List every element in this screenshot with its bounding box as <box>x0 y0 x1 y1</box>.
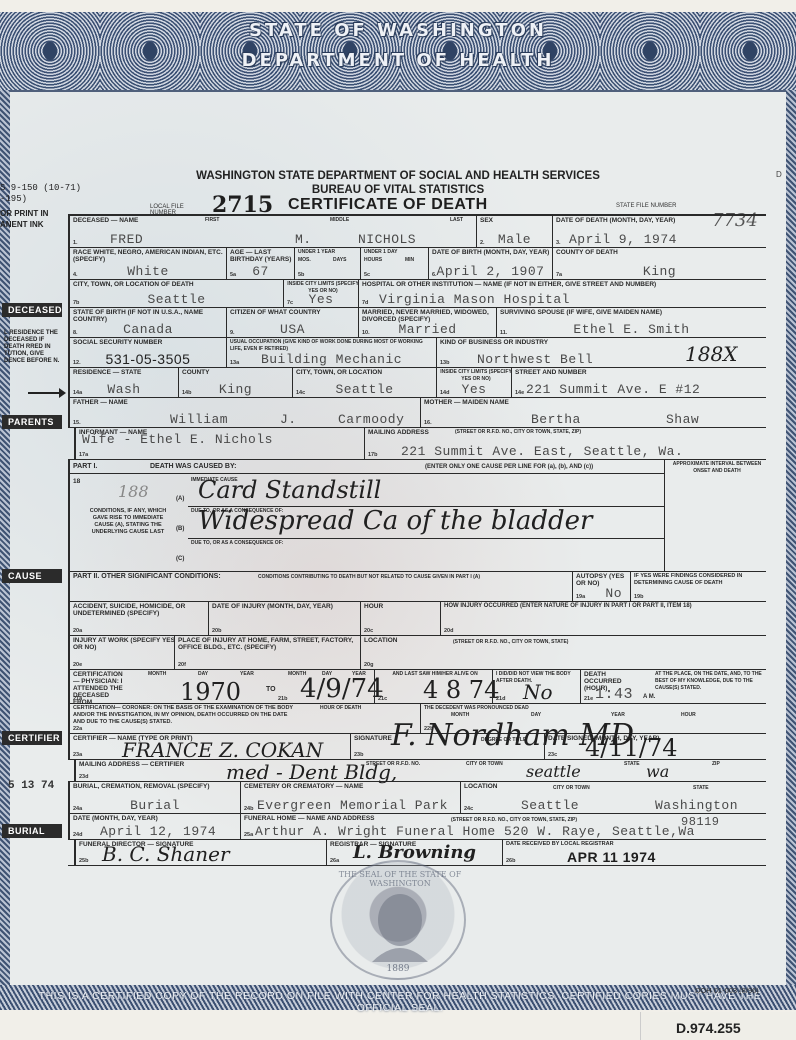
label: DATE (MONTH, DAY, YEAR) <box>73 815 158 822</box>
form-number-line1: S 9-150 (10-71) <box>0 183 81 194</box>
label: A M. <box>643 694 655 701</box>
registrar-signature-value: L. Browning <box>353 842 476 863</box>
field-residence-inside-city[interactable]: INSIDE CITY LIMITS (SPECIFY YES OR NO) 1… <box>436 368 511 397</box>
residence-inside-value: Yes <box>437 382 511 397</box>
label: FATHER — NAME <box>73 399 128 406</box>
document-id: D.974.255 <box>676 1020 741 1036</box>
field-street[interactable]: STREET AND NUMBER 14e 221 Summit Ave. E … <box>511 368 766 397</box>
label: CITY OR TOWN <box>466 761 503 768</box>
row-cause-part2: PART II. OTHER SIGNIFICANT CONDITIONS: C… <box>68 572 766 602</box>
state-seal: THE SEAL OF THE STATE OF WASHINGTON 1889 <box>330 860 466 980</box>
label: FIRST <box>205 217 219 224</box>
label: KIND OF BUSINESS OR INDUSTRY <box>440 339 548 346</box>
field-date-signed[interactable]: DATE SIGNED (MONTH, DAY, YEAR) 23c 4/11/… <box>544 734 766 759</box>
label: STATE <box>693 785 709 792</box>
item-number: 5c <box>364 272 370 278</box>
field-city-of-death[interactable]: CITY, TOWN, OR LOCATION OF DEATH 7b Seat… <box>68 280 283 307</box>
sex-value: Male <box>477 232 552 247</box>
seal-year: 1889 <box>332 964 464 974</box>
county-of-death-value: King <box>553 264 766 279</box>
occupation-value: Building Mechanic <box>227 352 436 367</box>
field-hospital[interactable]: HOSPITAL OR OTHER INSTITUTION — NAME (IF… <box>358 280 766 307</box>
row-residence: RESIDENCE — STATE 14a Wash COUNTY 14b Ki… <box>68 368 766 398</box>
certifier-state-value: wa <box>646 762 669 781</box>
field-state-of-birth[interactable]: STATE OF BIRTH (IF NOT IN U.S.A., NAME C… <box>68 308 226 337</box>
dob-value: April 2, 1907 <box>429 264 552 279</box>
line-c-marker: (c) <box>176 556 184 563</box>
field-county-of-death[interactable]: COUNTY OF DEATH 7a King <box>552 248 766 279</box>
field-residence-city[interactable]: CITY, TOWN, OR LOCATION 14c Seattle <box>292 368 436 397</box>
field-place-of-injury[interactable]: PLACE OF INJURY AT HOME, FARM, STREET, F… <box>174 636 360 669</box>
item-number: 18 <box>73 478 80 485</box>
field-marital-status[interactable]: MARRIED, NEVER MARRIED, WIDOWED, DIVORCE… <box>358 308 496 337</box>
label: SURVIVING SPOUSE (IF WIFE, GIVE MAIDEN N… <box>500 309 662 316</box>
label: MIN <box>405 257 414 264</box>
inside-city-value: Yes <box>284 292 358 307</box>
section-tab-cause: CAUSE <box>2 569 62 583</box>
label: INJURY AT WORK (SPECIFY YES OR NO) <box>73 637 175 651</box>
item-number: 20g <box>364 662 373 668</box>
item-number: 23c <box>548 752 557 758</box>
label: HOW INJURY OCCURRED (ENTER NATURE OF INJ… <box>444 603 692 610</box>
field-father[interactable]: FATHER — NAME 15. William J. Carmoody <box>68 398 420 427</box>
item-number: 26b <box>506 858 515 864</box>
item-number: 23d <box>79 774 88 780</box>
item-number: 17a <box>79 452 88 458</box>
cemetery-value: Evergreen Memorial Park <box>241 798 460 813</box>
item-number: 20f <box>178 662 186 668</box>
field-date-received[interactable]: DATE RECEIVED BY LOCAL REGISTRAR 26b APR… <box>502 840 766 865</box>
row-injury-place: INJURY AT WORK (SPECIFY YES OR NO) 20e P… <box>68 636 766 670</box>
label: AGE — LAST BIRTHDAY (YEARS) <box>230 249 294 263</box>
item-number: 25b <box>79 858 88 864</box>
field-burial-date[interactable]: DATE (MONTH, DAY, YEAR) 24d April 12, 19… <box>68 814 240 839</box>
row-cause-part1: PART I. DEATH WAS CAUSED BY: (ENTER ONLY… <box>68 460 766 572</box>
item-number: 23b <box>354 752 363 758</box>
row-race-age: RACE WHITE, NEGRO, AMERICAN INDIAN, ETC.… <box>68 248 766 280</box>
label: SOCIAL SECURITY NUMBER <box>73 339 162 346</box>
label: MARRIED, NEVER MARRIED, WIDOWED, DIVORCE… <box>362 309 494 323</box>
label: MAILING ADDRESS — CERTIFIER <box>79 761 184 768</box>
field-injury-hour[interactable]: HOUR 20c <box>360 602 440 635</box>
row-certifier-mailing: MAILING ADDRESS — CERTIFIER STREET OR R.… <box>68 760 766 782</box>
label: DATE RECEIVED BY LOCAL REGISTRAR <box>506 841 614 848</box>
state-file-label: STATE FILE NUMBER <box>616 203 676 209</box>
death-hour-value: 1:43 <box>595 686 766 703</box>
viewed-body-value: No <box>523 680 553 704</box>
label: MOTHER — MAIDEN NAME <box>424 399 509 406</box>
label: SEX <box>480 217 493 224</box>
field-certifier-signature[interactable]: SIGNATURE DEGREE OR TITLE 23b F. Nordham… <box>350 734 544 759</box>
date-signed-value: 4/11/74 <box>585 734 678 762</box>
row-name: DECEASED — NAME FIRST MIDDLE LAST 1. FRE… <box>68 216 766 248</box>
label: STATE OF BIRTH (IF NOT IN U.S.A., NAME C… <box>73 309 225 323</box>
certifier-city-value: seattle <box>526 762 581 781</box>
item-number: 19b <box>634 594 643 600</box>
cause-b-value: Widespread Ca of the bladder <box>198 506 592 536</box>
section-tab-certifier: CERTIFIER <box>2 731 62 745</box>
label: LAST <box>450 217 463 224</box>
arrow-icon <box>28 392 60 394</box>
field-autopsy[interactable]: AUTOPSY (YES OR NO) 19a No <box>572 572 630 601</box>
item-number: 21d <box>496 696 505 702</box>
field-sex[interactable]: SEX 2. Male <box>476 216 552 247</box>
death-certificate-form: DECEASED — NAME FIRST MIDDLE LAST 1. FRE… <box>68 214 766 866</box>
label: UNDER 1 YEAR <box>298 249 335 256</box>
field-cause-of-death[interactable]: PART I. DEATH WAS CAUSED BY: (ENTER ONLY… <box>68 460 664 571</box>
label: PLACE OF INJURY AT HOME, FARM, STREET, F… <box>178 637 360 651</box>
agency-name: WASHINGTON STATE DEPARTMENT OF SOCIAL AN… <box>0 170 796 182</box>
industry-code-handwritten: 188X <box>685 342 737 366</box>
residence-county-value: King <box>179 382 292 397</box>
field-injury-location[interactable]: LOCATION (STREET OR R.F.D. NO., CITY OR … <box>360 636 766 669</box>
row-injury: ACCIDENT, SUICIDE, HOMICIDE, OR UNDETERM… <box>68 602 766 636</box>
section-tab-burial: BURIAL <box>2 824 62 838</box>
city-of-death-value: Seattle <box>70 292 283 307</box>
item-number: 24c <box>464 806 473 812</box>
item-number: 15. <box>73 420 81 426</box>
item-number: 20c <box>364 628 373 634</box>
label: USUAL OCCUPATION (GIVE KIND OF WORK DONE… <box>230 339 435 353</box>
field-disposition[interactable]: BURIAL, CREMATION, REMOVAL (SPECIFY) 24a… <box>68 782 240 813</box>
label: DAY <box>198 671 208 678</box>
label: STATE <box>624 761 640 768</box>
informant-value: Wife - Ethel E. Nichols <box>76 432 364 447</box>
label: (ENTER ONLY ONE CAUSE PER LINE FOR (a), … <box>425 464 593 471</box>
label: HOUR OF DEATH <box>320 705 361 712</box>
label: HOURS <box>364 257 382 264</box>
certifier-name-value: FRANCE Z. COKAN <box>122 738 323 762</box>
label: TO <box>266 686 276 693</box>
field-occupation[interactable]: USUAL OCCUPATION (GIVE KIND OF WORK DONE… <box>226 338 436 367</box>
label: DECEASED — NAME <box>73 217 138 224</box>
field-industry[interactable]: KIND OF BUSINESS OR INDUSTRY 13b Northwe… <box>436 338 766 367</box>
label: APPROXIMATE INTERVAL BETWEEN ONSET AND D… <box>668 461 766 475</box>
item-number: 21a <box>73 696 82 702</box>
label: FUNERAL HOME — NAME AND ADDRESS <box>244 815 375 822</box>
section-tab-parents: PARENTS <box>2 415 62 429</box>
field-informant-address[interactable]: MAILING ADDRESS (STREET OR R.F.D. NO., C… <box>364 428 766 459</box>
label: UNDER 1 DAY <box>364 249 397 256</box>
field-how-injury[interactable]: HOW INJURY OCCURRED (ENTER NATURE OF INJ… <box>440 602 766 635</box>
last-saw-value: 4 8 74 <box>423 676 499 704</box>
field-last-saw-alive[interactable]: AND LAST SAW HIM/HER ALIVE ON 21c 4 8 74 <box>374 670 492 703</box>
citizen-value: USA <box>227 322 358 337</box>
row-ssn-occupation: SOCIAL SECURITY NUMBER 12. 531-05-3505 U… <box>68 338 766 368</box>
doh-form-code: DOH 01-003 (8/96) <box>695 986 759 995</box>
field-onset-interval[interactable]: APPROXIMATE INTERVAL BETWEEN ONSET AND D… <box>664 460 766 571</box>
item-number: 20d <box>444 628 453 634</box>
field-other-conditions[interactable]: PART II. OTHER SIGNIFICANT CONDITIONS: C… <box>68 572 572 601</box>
label: (STREET OR R.F.D. NO., CITY OR TOWN, STA… <box>453 639 568 646</box>
item-number: 5b <box>298 272 304 278</box>
field-age[interactable]: AGE — LAST BIRTHDAY (YEARS) 5a 67 <box>226 248 294 279</box>
attended-to-value: 4/9/74 <box>300 674 384 704</box>
label: MAILING ADDRESS <box>368 429 429 436</box>
field-ssn[interactable]: SOCIAL SECURITY NUMBER 12. 531-05-3505 <box>68 338 226 367</box>
field-viewed-body[interactable]: I DID/DID NOT VIEW THE BODY AFTER DEATH.… <box>492 670 580 703</box>
label: COUNTY OF DEATH <box>556 249 618 256</box>
row-burial: BURIAL, CREMATION, REMOVAL (SPECIFY) 24a… <box>68 782 766 814</box>
label: CONDITIONS, IF ANY, WHICH GAVE RISE TO I… <box>88 508 168 536</box>
row-place-of-death: CITY, TOWN, OR LOCATION OF DEATH 7b Seat… <box>68 280 766 308</box>
label: ACCIDENT, SUICIDE, HOMICIDE, OR UNDETERM… <box>73 603 209 617</box>
director-signature-value: B. C. Shaner <box>102 842 230 866</box>
spouse-value: Ethel E. Smith <box>497 322 766 337</box>
field-attended-to[interactable]: TO MONTH DAY YEAR 21b 4/9/74 <box>266 670 374 703</box>
label: DATE OF BIRTH (MONTH, DAY, YEAR) <box>432 249 550 256</box>
field-accident-type[interactable]: ACCIDENT, SUICIDE, HOMICIDE, OR UNDETERM… <box>68 602 208 635</box>
father-last-value: Carmoody <box>338 412 420 427</box>
certified-copy-notice: THIS IS A CERTIFIED COPY OF THE RECORD O… <box>20 990 780 1014</box>
row-funeral-home: DATE (MONTH, DAY, YEAR) 24d April 12, 19… <box>68 814 766 840</box>
label: CITY, TOWN, OR LOCATION OF DEATH <box>73 281 194 288</box>
field-certifier-mailing[interactable]: MAILING ADDRESS — CERTIFIER STREET OR R.… <box>74 760 766 781</box>
item-number: 21e <box>584 696 593 702</box>
field-attended-from[interactable]: CERTIFICATION— PHYSICIAN: I ATTENDED THE… <box>68 670 266 703</box>
label: (STREET OR R.F.D. NO., CITY OR TOWN, STA… <box>451 817 577 824</box>
date-received-stamp: APR 11 1974 <box>567 849 656 865</box>
attended-from-value: 1970 <box>180 678 241 706</box>
row-birth-marital: STATE OF BIRTH (IF NOT IN U.S.A., NAME C… <box>68 308 766 338</box>
label: LOCATION <box>364 637 397 644</box>
mother-last-value: Shaw <box>666 412 766 427</box>
label: CITIZEN OF WHAT COUNTRY <box>230 309 321 316</box>
field-citizenship[interactable]: CITIZEN OF WHAT COUNTRY 9. USA <box>226 308 358 337</box>
field-cemetery-location[interactable]: LOCATION CITY OR TOWN STATE 24c Seattle … <box>460 782 766 813</box>
label: MOS. <box>298 257 311 264</box>
residence-state-value: Wash <box>70 382 178 397</box>
row-certifier-name: CERTIFIER — NAME (TYPE OR PRINT) 23a FRA… <box>68 734 766 760</box>
label: PART I. <box>73 463 97 470</box>
label: RACE WHITE, NEGRO, AMERICAN INDIAN, ETC.… <box>73 249 223 263</box>
age-value: 67 <box>227 264 294 279</box>
label: PART II. OTHER SIGNIFICANT CONDITIONS: <box>73 573 221 580</box>
corner-mark: D <box>776 170 782 179</box>
department-title: DEPARTMENT OF HEALTH <box>0 50 796 71</box>
item-number: 1. <box>73 240 78 246</box>
item-number: 20a <box>73 628 82 634</box>
marital-value: Married <box>359 322 496 337</box>
field-race[interactable]: RACE WHITE, NEGRO, AMERICAN INDIAN, ETC.… <box>68 248 226 279</box>
field-deceased-name[interactable]: DECEASED — NAME FIRST MIDDLE LAST 1. FRE… <box>68 216 476 247</box>
field-residence-county[interactable]: COUNTY 14b King <box>178 368 292 397</box>
item-number: 20e <box>73 662 82 668</box>
label: DUE TO, OR AS A CONSEQUENCE OF: <box>191 540 283 547</box>
label: MONTH <box>148 671 166 678</box>
item-number: 21b <box>278 696 287 702</box>
form-number-line2: -195) <box>0 194 81 205</box>
label: STREET AND NUMBER <box>515 369 587 376</box>
last-name-value: NICHOLS <box>358 232 476 247</box>
label: DATE OF INJURY (MONTH, DAY, YEAR) <box>212 603 333 610</box>
label: SIGNATURE <box>354 735 392 742</box>
label: LOCATION <box>464 783 497 790</box>
field-cemetery[interactable]: CEMETERY OR CREMATORY — NAME 24b Evergre… <box>240 782 460 813</box>
label: DATE OF DEATH (MONTH, DAY, YEAR) <box>556 217 675 224</box>
disposition-value: Burial <box>70 798 240 813</box>
line-b-marker: (b) <box>176 526 184 533</box>
label: (STREET OR R.F.D. NO., CITY OR TOWN, STA… <box>455 429 581 436</box>
label: COUNTY <box>182 369 209 376</box>
label: RESIDENCE — STATE <box>73 369 141 376</box>
burial-state-value: Washington <box>655 798 766 813</box>
field-surviving-spouse[interactable]: SURVIVING SPOUSE (IF WIFE, GIVE MAIDEN N… <box>496 308 766 337</box>
field-inside-city-limits[interactable]: INSIDE CITY LIMITS (SPECIFY YES OR NO) 7… <box>283 280 358 307</box>
label: INSIDE CITY LIMITS (SPECIFY YES OR NO) <box>440 369 512 383</box>
label: HOSPITAL OR OTHER INSTITUTION — NAME (IF… <box>362 281 656 288</box>
street-value: 221 Summit Ave. E #12 <box>512 382 766 397</box>
field-residence-state[interactable]: RESIDENCE — STATE 14a Wash <box>68 368 178 397</box>
field-injury-date[interactable]: DATE OF INJURY (MONTH, DAY, YEAR) 20b <box>208 602 360 635</box>
field-death-hour[interactable]: DEATH OCCURRED (HOUR) AT THE PLACE, ON T… <box>580 670 766 703</box>
row-physician-certification: CERTIFICATION— PHYSICIAN: I ATTENDED THE… <box>68 670 766 704</box>
section-tab-deceased: DECEASED <box>2 303 62 317</box>
informant-address-value: 221 Summit Ave. East, Seattle, Wa. <box>365 444 766 459</box>
field-date-of-birth[interactable]: DATE OF BIRTH (MONTH, DAY, YEAR) 6. Apri… <box>428 248 552 279</box>
residence-city-value: Seattle <box>293 382 436 397</box>
race-value: White <box>70 264 226 279</box>
field-autopsy-findings[interactable]: IF YES WERE FINDINGS CONSIDERED IN DETER… <box>630 572 766 601</box>
field-funeral-director-signature[interactable]: FUNERAL DIRECTOR — SIGNATURE 25b B. C. S… <box>74 840 326 865</box>
label: MIDDLE <box>330 217 349 224</box>
field-injury-at-work[interactable]: INJURY AT WORK (SPECIFY YES OR NO) 20e <box>68 636 174 669</box>
field-certifier-name[interactable]: CERTIFIER — NAME (TYPE OR PRINT) 23a FRA… <box>68 734 350 759</box>
item-number: 22a <box>73 726 82 732</box>
certificate-title: CERTIFICATE OF DEATH <box>288 196 488 214</box>
field-informant[interactable]: INFORMANT — NAME 17a Wife - Ethel E. Nic… <box>74 428 364 459</box>
label: CERTIFICATION— CORONER: ON THE BASIS OF … <box>73 705 293 726</box>
field-coroner[interactable]: CERTIFICATION— CORONER: ON THE BASIS OF … <box>68 704 420 733</box>
row-parents: FATHER — NAME 15. William J. Carmoody MO… <box>68 398 766 428</box>
label: HOUR <box>364 603 383 610</box>
state-title: STATE OF WASHINGTON <box>0 20 796 41</box>
margin-date-stamp: 5 13 74 <box>8 780 54 792</box>
burial-date-value: April 12, 1974 <box>70 824 240 839</box>
cause-a-value: Card Standstill <box>198 476 381 504</box>
field-under-1-year[interactable]: UNDER 1 YEAR MOS. DAYS 5b <box>294 248 360 279</box>
row-informant: INFORMANT — NAME 17a Wife - Ethel E. Nic… <box>68 428 766 460</box>
bureau-name: BUREAU OF VITAL STATISTICS <box>0 184 796 196</box>
label: ZIP <box>712 761 720 768</box>
label: AUTOPSY (YES OR NO) <box>576 573 630 587</box>
label: HOUR <box>681 712 696 719</box>
label: DAYS <box>333 257 346 264</box>
cause-margin-code: 188 <box>118 482 149 501</box>
label: CEMETERY OR CREMATORY — NAME <box>244 783 363 790</box>
label: THE DECEDENT WAS PRONOUNCED DEAD <box>424 705 529 712</box>
label: YEAR <box>240 671 254 678</box>
ssn-value: 531-05-3505 <box>70 351 226 367</box>
label: CITY OR TOWN <box>553 785 590 792</box>
line-a-marker: (a) <box>176 496 184 503</box>
item-number: 21c <box>378 696 387 702</box>
item-number: 16. <box>424 420 432 426</box>
certifier-street-value: med - Dent Bldg, <box>226 760 397 784</box>
field-date-of-death[interactable]: DATE OF DEATH (MONTH, DAY, YEAR) 3. Apri… <box>552 216 766 247</box>
item-number: 20b <box>212 628 221 634</box>
funeral-zip-value: 98119 <box>681 815 766 829</box>
residence-note: L RESIDENCE THE DECEASED IF DEATH RRED I… <box>4 330 60 365</box>
hospital-value: Virginia Mason Hospital <box>359 292 766 307</box>
label: CONDITIONS CONTRIBUTING TO DEATH BUT NOT… <box>258 574 480 581</box>
label: DEATH WAS CAUSED BY: <box>150 463 236 470</box>
date-of-death-value: April 9, 1974 <box>553 232 766 247</box>
label: IF YES WERE FINDINGS CONSIDERED IN DETER… <box>634 573 766 587</box>
label: CITY, TOWN, OR LOCATION <box>296 369 382 376</box>
state-of-birth-value: Canada <box>70 322 226 337</box>
field-funeral-home[interactable]: FUNERAL HOME — NAME AND ADDRESS (STREET … <box>240 814 766 839</box>
field-under-1-day[interactable]: UNDER 1 DAY HOURS MIN 5c <box>360 248 428 279</box>
field-mother[interactable]: MOTHER — MAIDEN NAME 16. Bertha Shaw <box>420 398 766 427</box>
label: BURIAL, CREMATION, REMOVAL (SPECIFY) <box>73 783 241 790</box>
item-number: 23a <box>73 752 82 758</box>
autopsy-value: No <box>573 586 630 601</box>
